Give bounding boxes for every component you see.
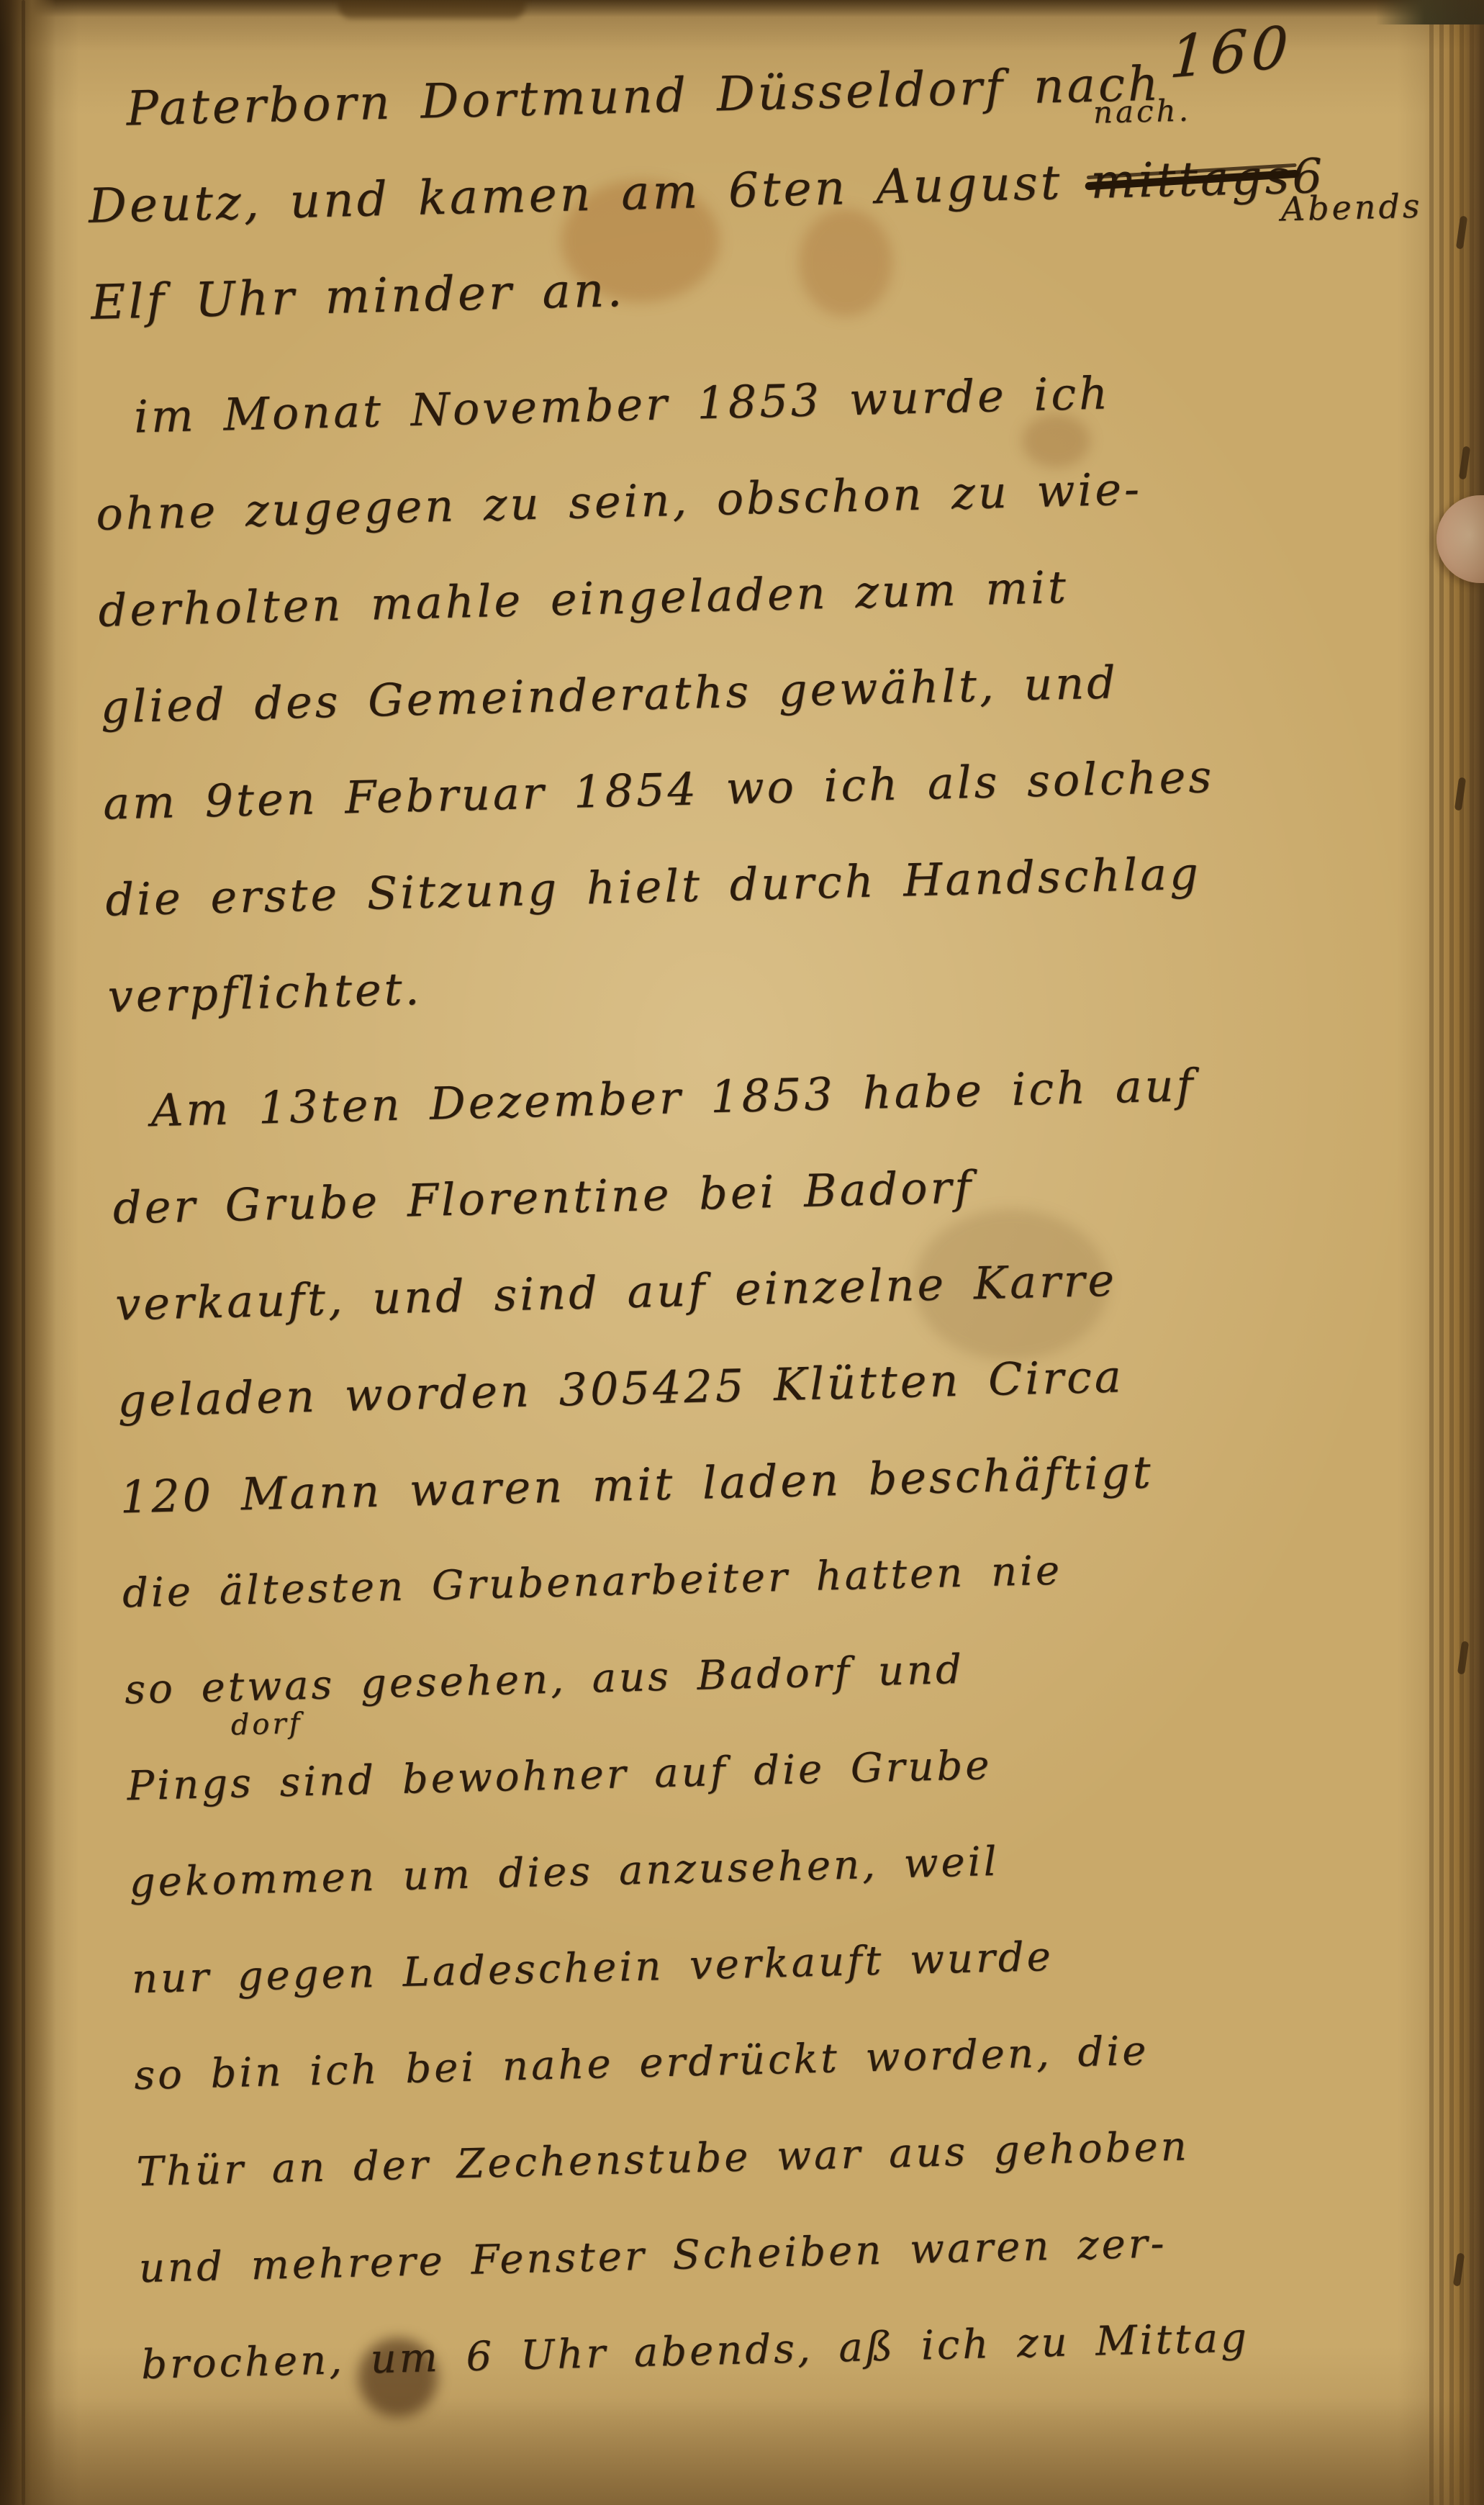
- manuscript-text: Paterborn Dortmund Düsseldorf nach Deutz…: [85, 30, 1444, 2414]
- insertion-above: nach.: [1092, 95, 1191, 127]
- binding-edge: [0, 0, 56, 2505]
- binding-crease: [22, 0, 25, 2505]
- line-text: Deutz, und kamen am 6ten August: [88, 154, 1091, 234]
- struck-word: mittags: [1090, 129, 1293, 230]
- corrected-word: mittagsnach.Abends: [1090, 129, 1293, 230]
- line-text: sind bewohner auf die Grube: [253, 1742, 992, 1807]
- insertion-above: dorf: [230, 1709, 303, 1739]
- page-top-edge: [0, 0, 1484, 17]
- insertion-below: Abends: [1280, 189, 1423, 226]
- manuscript-photo: { "colors": { "paper": "#c9a96a", "ink":…: [0, 0, 1484, 2505]
- book-corner-shadow: [1376, 0, 1484, 24]
- top-edge-stain: [338, 0, 525, 19]
- line-text: Pings: [127, 1760, 255, 1810]
